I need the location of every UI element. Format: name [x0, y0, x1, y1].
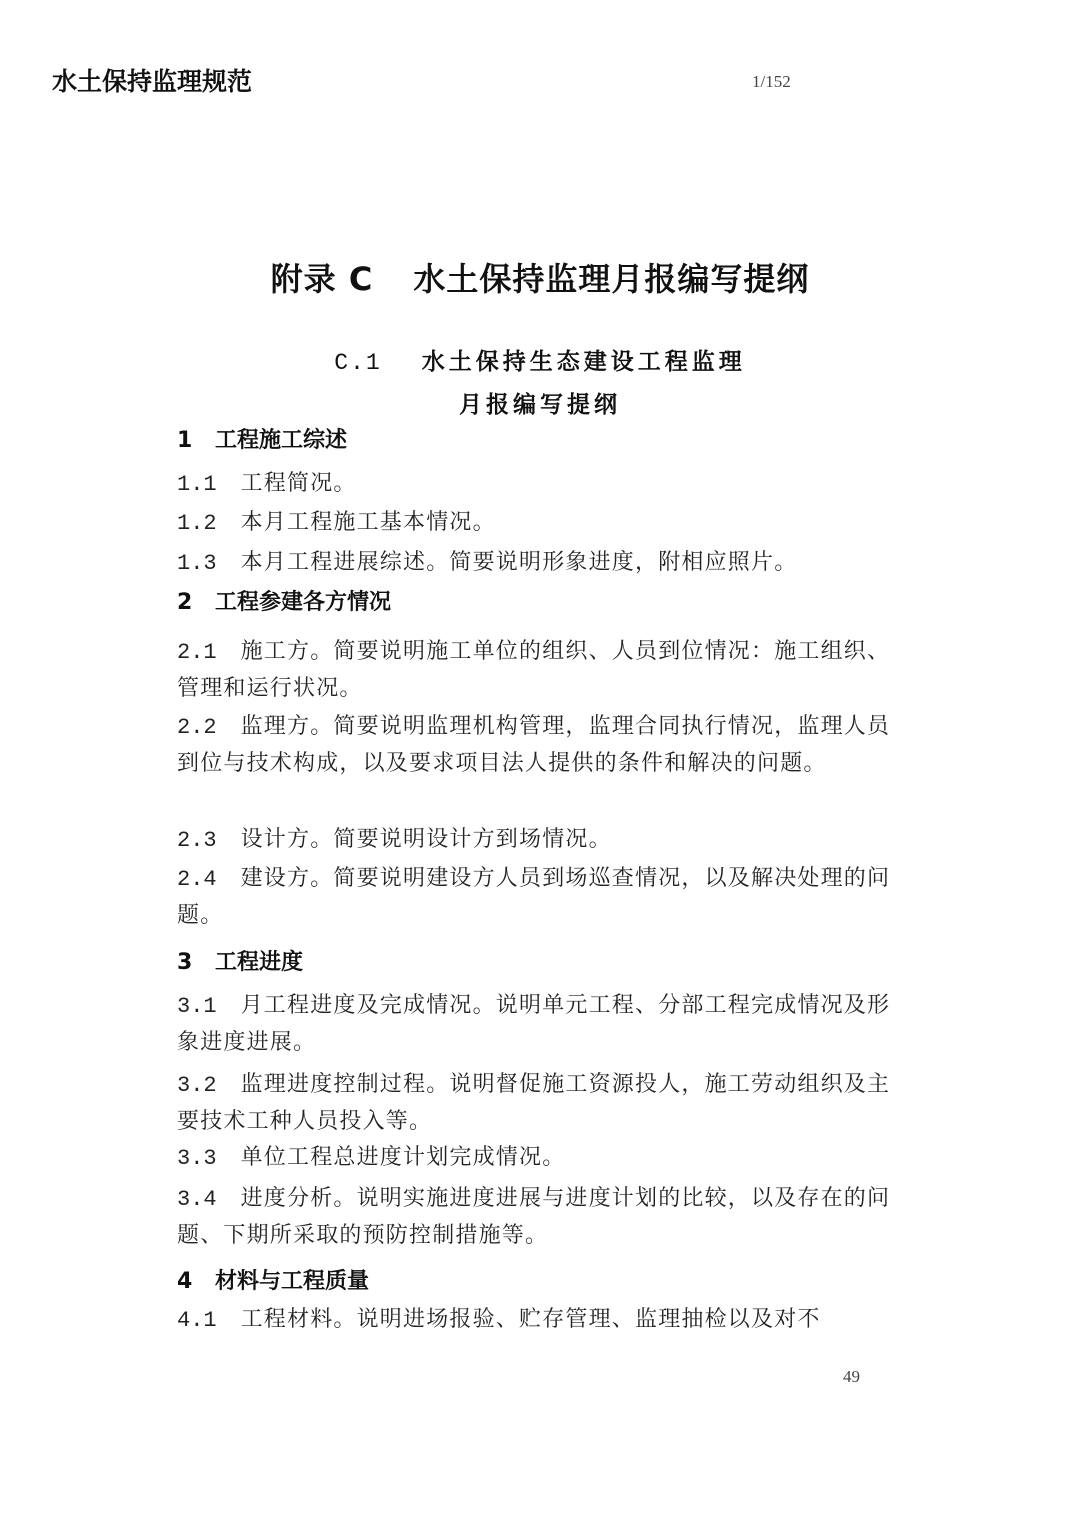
appendix-title: 附录 C水土保持监理月报编写提纲 [0, 254, 1080, 300]
clause-text: 本月工程进展综述。简要说明形象进度，附相应照片。 [241, 550, 798, 575]
clause-number: 3.1 [177, 994, 217, 1019]
clause-number: 3.2 [177, 1073, 217, 1098]
clause-item: 1.1工程简况。 [177, 466, 897, 503]
clause-text: 本月工程施工基本情况。 [241, 510, 496, 535]
clause-item: 2.3设计方。简要说明设计方到场情况。 [177, 822, 897, 859]
clause-number: 3.4 [177, 1187, 217, 1212]
clause-number: 1.1 [177, 472, 217, 497]
clause-text: 工程简况。 [241, 471, 357, 496]
page-counter: 1/152 [752, 72, 791, 92]
clause-item: 3.3单位工程总进度计划完成情况。 [177, 1140, 897, 1177]
chapter-title: 工程进度 [215, 950, 303, 975]
clause-text: 工程材料。说明进场报验、贮存管理、监理抽检以及对不 [241, 1307, 821, 1332]
clause-text: 进度分析。说明实施进度进展与进度计划的比较，以及存在的问题、下期所采取的预防控制… [177, 1186, 890, 1248]
appendix-title-text: 水土保持监理月报编写提纲 [413, 260, 809, 298]
clause-item: 1.3本月工程进展综述。简要说明形象进度，附相应照片。 [177, 545, 897, 582]
page-number: 49 [843, 1367, 860, 1387]
clause-item: 3.1月工程进度及完成情况。说明单元工程、分部工程完成情况及形象进度进展。 [177, 988, 897, 1061]
running-header-title: 水土保持监理规范 [52, 62, 252, 98]
clause-text: 建设方。简要说明建设方人员到场巡查情况，以及解决处理的问题。 [177, 866, 890, 928]
clause-number: 3.3 [177, 1146, 217, 1171]
chapter-number: 3 [177, 950, 215, 975]
clause-text: 单位工程总进度计划完成情况。 [241, 1145, 566, 1170]
clause-item: 3.4进度分析。说明实施进度进展与进度计划的比较，以及存在的问题、下期所采取的预… [177, 1181, 897, 1254]
clause-text: 设计方。简要说明设计方到场情况。 [241, 827, 612, 852]
clause-item: 1.2本月工程施工基本情况。 [177, 505, 897, 542]
section-title-text: 水土保持生态建设工程监理 [422, 349, 746, 375]
clause-number: 1.2 [177, 511, 217, 536]
chapter-number: 1 [177, 428, 215, 453]
section-title-text-2: 月报编写提纲 [459, 392, 621, 418]
clause-item: 3.2监理进度控制过程。说明督促施工资源投人，施工劳动组织及主要技术工种人员投入… [177, 1067, 897, 1140]
clause-item: 2.2监理方。简要说明监理机构管理，监理合同执行情况，监理人员到位与技术构成，以… [177, 709, 897, 782]
clause-text: 施工方。简要说明施工单位的组织、人员到位情况：施工组织、管理和运行状况。 [177, 639, 890, 701]
clause-text: 监理方。简要说明监理机构管理，监理合同执行情况，监理人员到位与技术构成，以及要求… [177, 714, 890, 776]
chapter-number: 4 [177, 1269, 215, 1294]
clause-text: 月工程进度及完成情况。说明单元工程、分部工程完成情况及形象进度进展。 [177, 993, 890, 1055]
chapter-title: 材料与工程质量 [215, 1269, 369, 1294]
clause-item: 4.1工程材料。说明进场报验、贮存管理、监理抽检以及对不 [177, 1302, 897, 1339]
document-page: 水土保持监理规范 1/152 附录 C水土保持监理月报编写提纲 C.1水土保持生… [0, 0, 1080, 1527]
chapter-title: 工程参建各方情况 [215, 590, 391, 615]
section-title-line2: 月报编写提纲 [0, 386, 1080, 419]
section-code: C.1 [334, 350, 381, 376]
clause-number: 2.2 [177, 715, 217, 740]
clause-text: 监理进度控制过程。说明督促施工资源投人，施工劳动组织及主要技术工种人员投入等。 [177, 1072, 890, 1134]
clause-number: 2.4 [177, 867, 217, 892]
chapter-heading: 3工程进度 [177, 945, 303, 976]
clause-number: 4.1 [177, 1308, 217, 1333]
chapter-number: 2 [177, 590, 215, 615]
clause-number: 1.3 [177, 551, 217, 576]
chapter-heading: 2工程参建各方情况 [177, 585, 391, 616]
clause-item: 2.1施工方。简要说明施工单位的组织、人员到位情况：施工组织、管理和运行状况。 [177, 634, 897, 707]
appendix-label: 附录 C [271, 260, 374, 298]
chapter-heading: 1工程施工综述 [177, 423, 347, 454]
clause-number: 2.3 [177, 828, 217, 853]
section-title-line1: C.1水土保持生态建设工程监理 [0, 343, 1080, 376]
chapter-heading: 4材料与工程质量 [177, 1264, 369, 1295]
clause-item: 2.4建设方。简要说明建设方人员到场巡查情况，以及解决处理的问题。 [177, 861, 897, 934]
clause-number: 2.1 [177, 640, 217, 665]
chapter-title: 工程施工综述 [215, 428, 347, 453]
